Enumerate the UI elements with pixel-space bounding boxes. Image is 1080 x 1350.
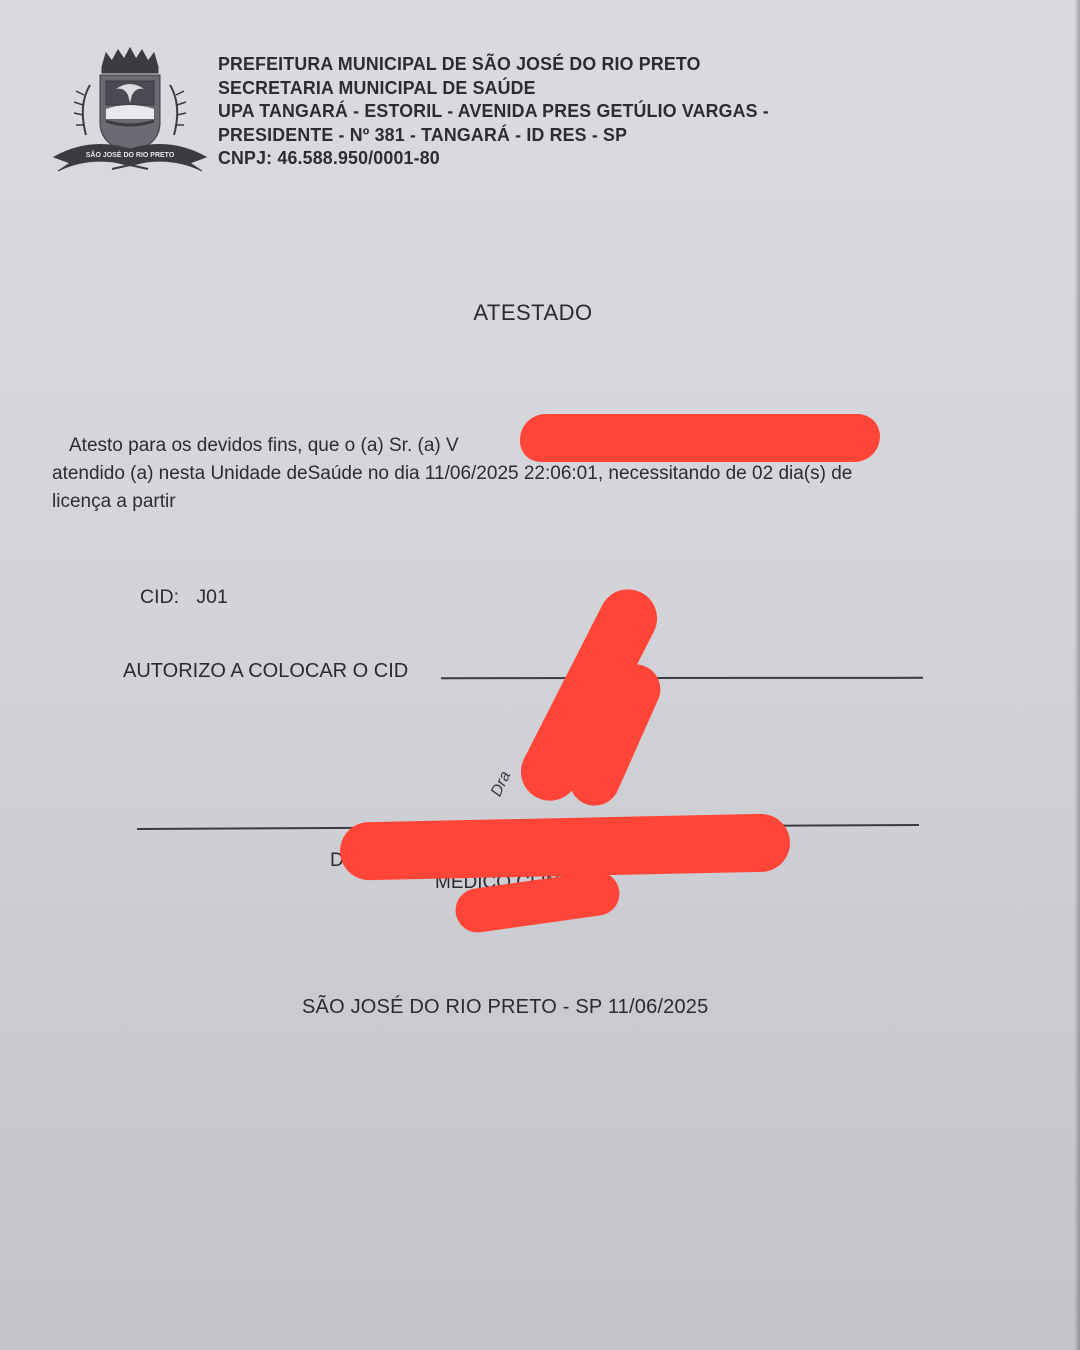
institution-header: PREFEITURA MUNICIPAL DE SÃO JOSÉ DO RIO … (218, 52, 769, 170)
redaction-doctor-name (339, 813, 790, 880)
header-line-cnpj: CNPJ: 46.588.950/0001-80 (218, 146, 769, 170)
svg-text:SÃO JOSÉ DO RIO PRETO: SÃO JOSÉ DO RIO PRETO (86, 150, 175, 159)
body-line-3: licença a partir (52, 488, 1012, 516)
authorize-cid-label: AUTORIZO A COLOCAR O CID (123, 660, 408, 683)
header-line-secretaria: SECRETARIA MUNICIPAL DE SAÚDE (218, 76, 769, 100)
medical-certificate-page: SÃO JOSÉ DO RIO PRETO PREFEITURA MUNICIP… (0, 0, 1080, 1350)
authorization-signature-line (441, 677, 923, 679)
cid-label: CID: (140, 586, 179, 608)
body-line-2: atendido (a) nesta Unidade deSaúde no di… (52, 460, 1012, 488)
place-and-date: SÃO JOSÉ DO RIO PRETO - SP 11/06/2025 (302, 996, 708, 1019)
header-line-prefeitura: PREFEITURA MUNICIPAL DE SÃO JOSÉ DO RIO … (218, 52, 769, 76)
stamp-text-prefix: Dra (488, 769, 515, 800)
header-line-address-2: PRESIDENTE - Nº 381 - TANGARÁ - ID RES -… (218, 123, 769, 147)
document-title: ATESTADO (0, 300, 1066, 326)
municipal-crest-icon: SÃO JOSÉ DO RIO PRETO (50, 45, 210, 175)
redaction-patient-name (520, 414, 880, 462)
body-line-1-start: Atesto para os devidos fins, que o (a) S… (69, 435, 459, 456)
header-line-address-1: UPA TANGARÁ - ESTORIL - AVENIDA PRES GET… (218, 99, 769, 123)
cid-code: J01 (196, 586, 227, 608)
cid-field: CID: J01 (140, 586, 228, 609)
